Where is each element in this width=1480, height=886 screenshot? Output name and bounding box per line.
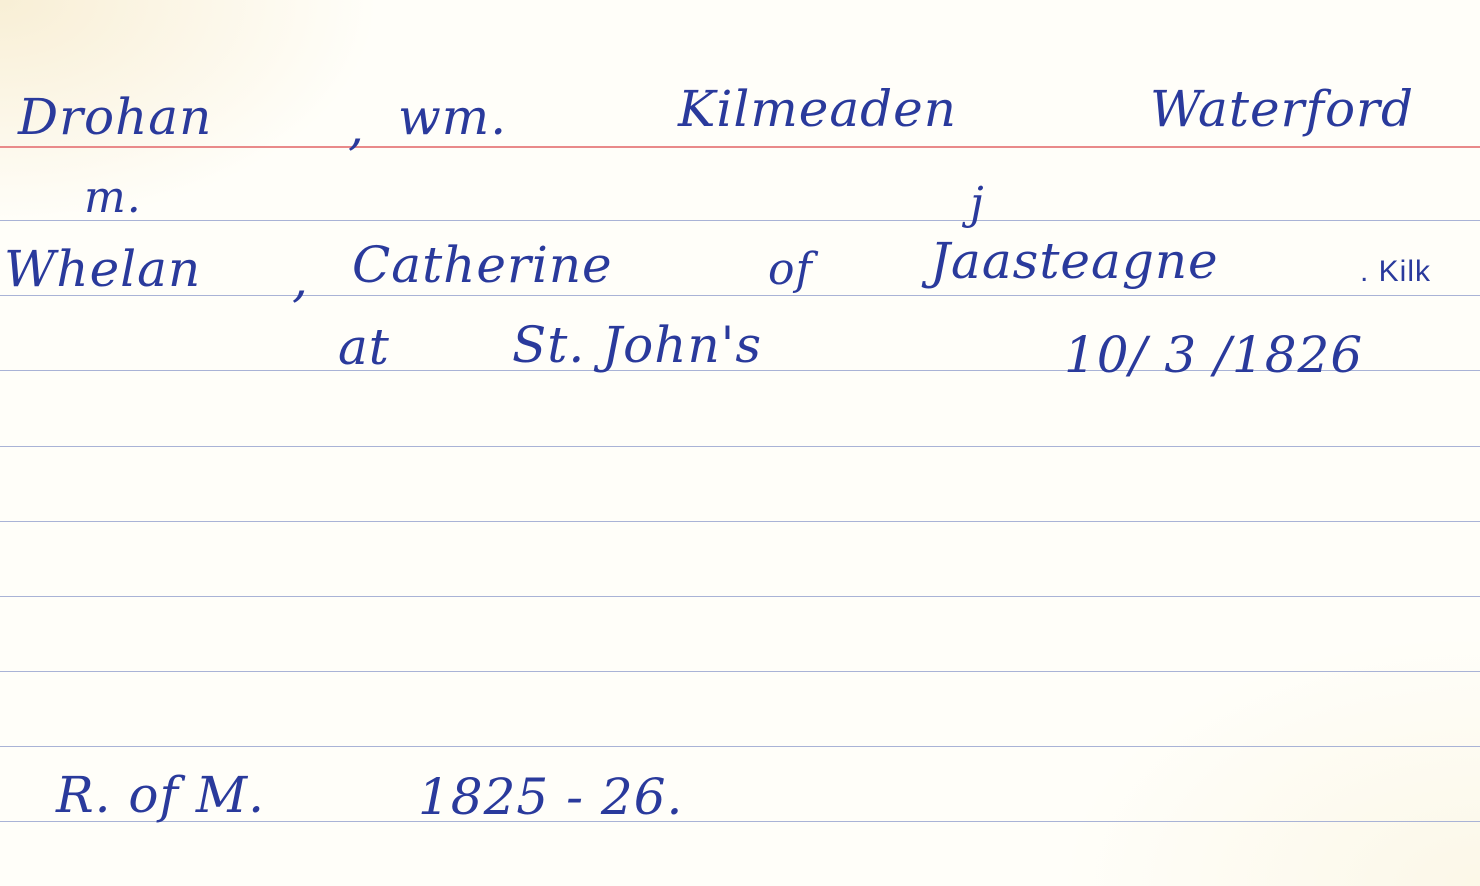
groom-forename: wm. (398, 88, 507, 146)
source-label: R. of M. (56, 766, 265, 824)
comma: , (292, 250, 309, 308)
married-marker: m. (84, 172, 142, 223)
bride-forename: Catherine (352, 236, 613, 294)
blue-rule (0, 446, 1480, 447)
groom-county: Waterford (1150, 80, 1414, 138)
marriage-date: 10/ 3 /1826 (1064, 326, 1363, 384)
insertion-mark: j (970, 178, 985, 229)
bride-surname: Whelan (4, 240, 201, 298)
church-name: St. John's (512, 316, 762, 374)
blue-rule (0, 596, 1480, 597)
blue-rule (0, 671, 1480, 672)
index-card: Drohan , wm. Kilmeaden Waterford m. j Wh… (0, 0, 1480, 886)
bride-townland: Jaasteagne (930, 232, 1219, 290)
blue-rule (0, 521, 1480, 522)
blue-rule (0, 295, 1480, 296)
source-years: 1825 - 26. (418, 768, 683, 826)
groom-surname: Drohan (18, 88, 212, 146)
blue-rule (0, 746, 1480, 747)
at-word: at (338, 318, 390, 376)
header-red-rule (0, 146, 1480, 148)
groom-parish: Kilmeaden (678, 80, 957, 138)
of-word: of (768, 244, 813, 295)
bride-county-abbrev: . Kilk (1360, 255, 1431, 289)
blue-rule (0, 220, 1480, 221)
comma: , (348, 98, 365, 156)
